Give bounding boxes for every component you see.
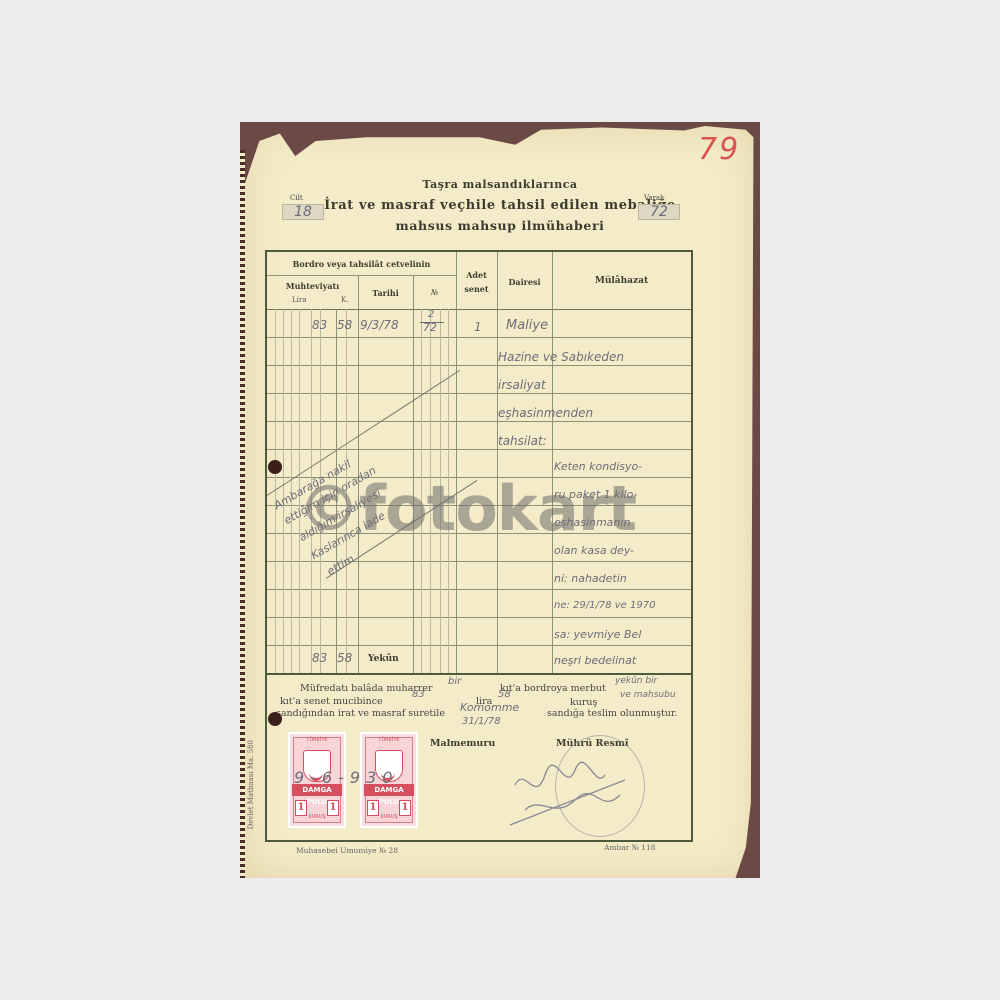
row1-tarihi: 9/3/78	[360, 318, 399, 332]
row1-adet: 1	[474, 320, 482, 334]
total-kurus: 58	[337, 651, 352, 665]
header-lira: Lira	[292, 296, 306, 304]
stamp-unit: KURUŞ	[290, 814, 344, 820]
footer-line2-lira-value: 83	[412, 689, 425, 700]
header-kurus: K.	[341, 296, 348, 304]
header-bordro: Bordro veya tahsilât cetvelinin	[267, 259, 456, 269]
mulahazat-line: ni: nahadetin	[554, 572, 627, 585]
varak-value: 72	[638, 204, 680, 220]
red-page-number: 79	[698, 132, 740, 167]
mulahazat-line: Maliye	[506, 318, 548, 333]
title-line-1: Taşra malsandıklarınca	[0, 178, 1000, 191]
header-muhteviyati: Muhteviyatı	[267, 281, 358, 291]
title-line-2: İrat ve masraf veçhile tahsil edilen meb…	[0, 198, 1000, 213]
row1-lira: 83	[312, 318, 327, 332]
cilt-value: 18	[282, 204, 324, 220]
stamp-country: TÜRKİYE	[290, 737, 344, 743]
mulahazat-line: eşhasinmenden	[498, 406, 593, 420]
header-adet: Adet	[456, 270, 497, 280]
footer-line1-text-b: kıt'a bordroya merbut	[500, 683, 606, 694]
stamp-unit: KURUŞ	[362, 814, 416, 820]
perforated-edge	[240, 150, 245, 878]
ambar-number: Ambar № 118	[604, 843, 656, 852]
mulahazat-line: sa: yevmiye Bel	[554, 628, 641, 641]
footer-line3-handwriting: Komomme	[460, 701, 519, 714]
cilt-label: Cilt	[290, 194, 303, 202]
header-tarihi: Tarihi	[358, 288, 413, 298]
malmemuru-label: Malmemuru	[430, 738, 495, 749]
stamp-country: TÜRKİYE	[362, 737, 416, 743]
header-mulahazat: Mülâhazat	[552, 276, 691, 286]
header-senet: senet	[456, 284, 497, 294]
punch-hole	[268, 460, 282, 474]
footer-line1-handwriting-2: yekûn bir	[615, 676, 657, 686]
mulahazat-line: tahsilat:	[498, 434, 547, 448]
mulahazat-line: irsaliyat	[498, 378, 546, 392]
row1-numara-bottom: 72	[423, 321, 437, 334]
footer-line3-text-b: sandığa teslim olunmuştur.	[547, 708, 677, 719]
mulahazat-line: ne: 29/1/78 ve 1970	[554, 600, 655, 611]
footer-line2-kurus: kuruş	[570, 697, 597, 708]
row1-kurus: 58	[337, 318, 352, 332]
footer-line3-text: sandığından irat ve masraf suretile	[276, 708, 445, 719]
footer-date-handwriting: 31/1/78	[462, 716, 501, 727]
printer-imprint: Devlet Matbaası Ma. 580	[247, 740, 255, 829]
header-dairesi: Dairesi	[497, 277, 552, 287]
total-lira: 83	[312, 651, 327, 665]
watermark: ©fotokart	[298, 472, 636, 545]
mulahazat-line: olan kasa dey-	[554, 544, 634, 557]
header-numara: №	[413, 288, 456, 297]
muhasebei-umumiye-number: Muhasebei Umumiye № 28	[296, 846, 398, 855]
mulahazat-line: Hazine ve Sabıkeden	[498, 350, 624, 364]
footer-line2-text: kıt'a senet mucibince	[280, 696, 383, 707]
punch-hole	[268, 712, 282, 726]
footer-line2-kurus-value: 58	[498, 689, 511, 700]
title-line-3: mahsus mahsup ilmühaberi	[0, 218, 1000, 233]
footer-line2-handwriting: ve mahsubu	[620, 690, 676, 700]
signature-scribble	[505, 755, 635, 835]
mulahazat-line: neşri bedelinat	[554, 654, 636, 667]
row1-numara-top: 2	[428, 309, 434, 320]
total-label: Yekûn	[368, 654, 399, 664]
footer-line1-handwriting: bir	[448, 676, 461, 687]
stamp-cancellation-handwriting: 9-6-930	[294, 768, 398, 787]
varak-label: Varak	[644, 194, 664, 202]
